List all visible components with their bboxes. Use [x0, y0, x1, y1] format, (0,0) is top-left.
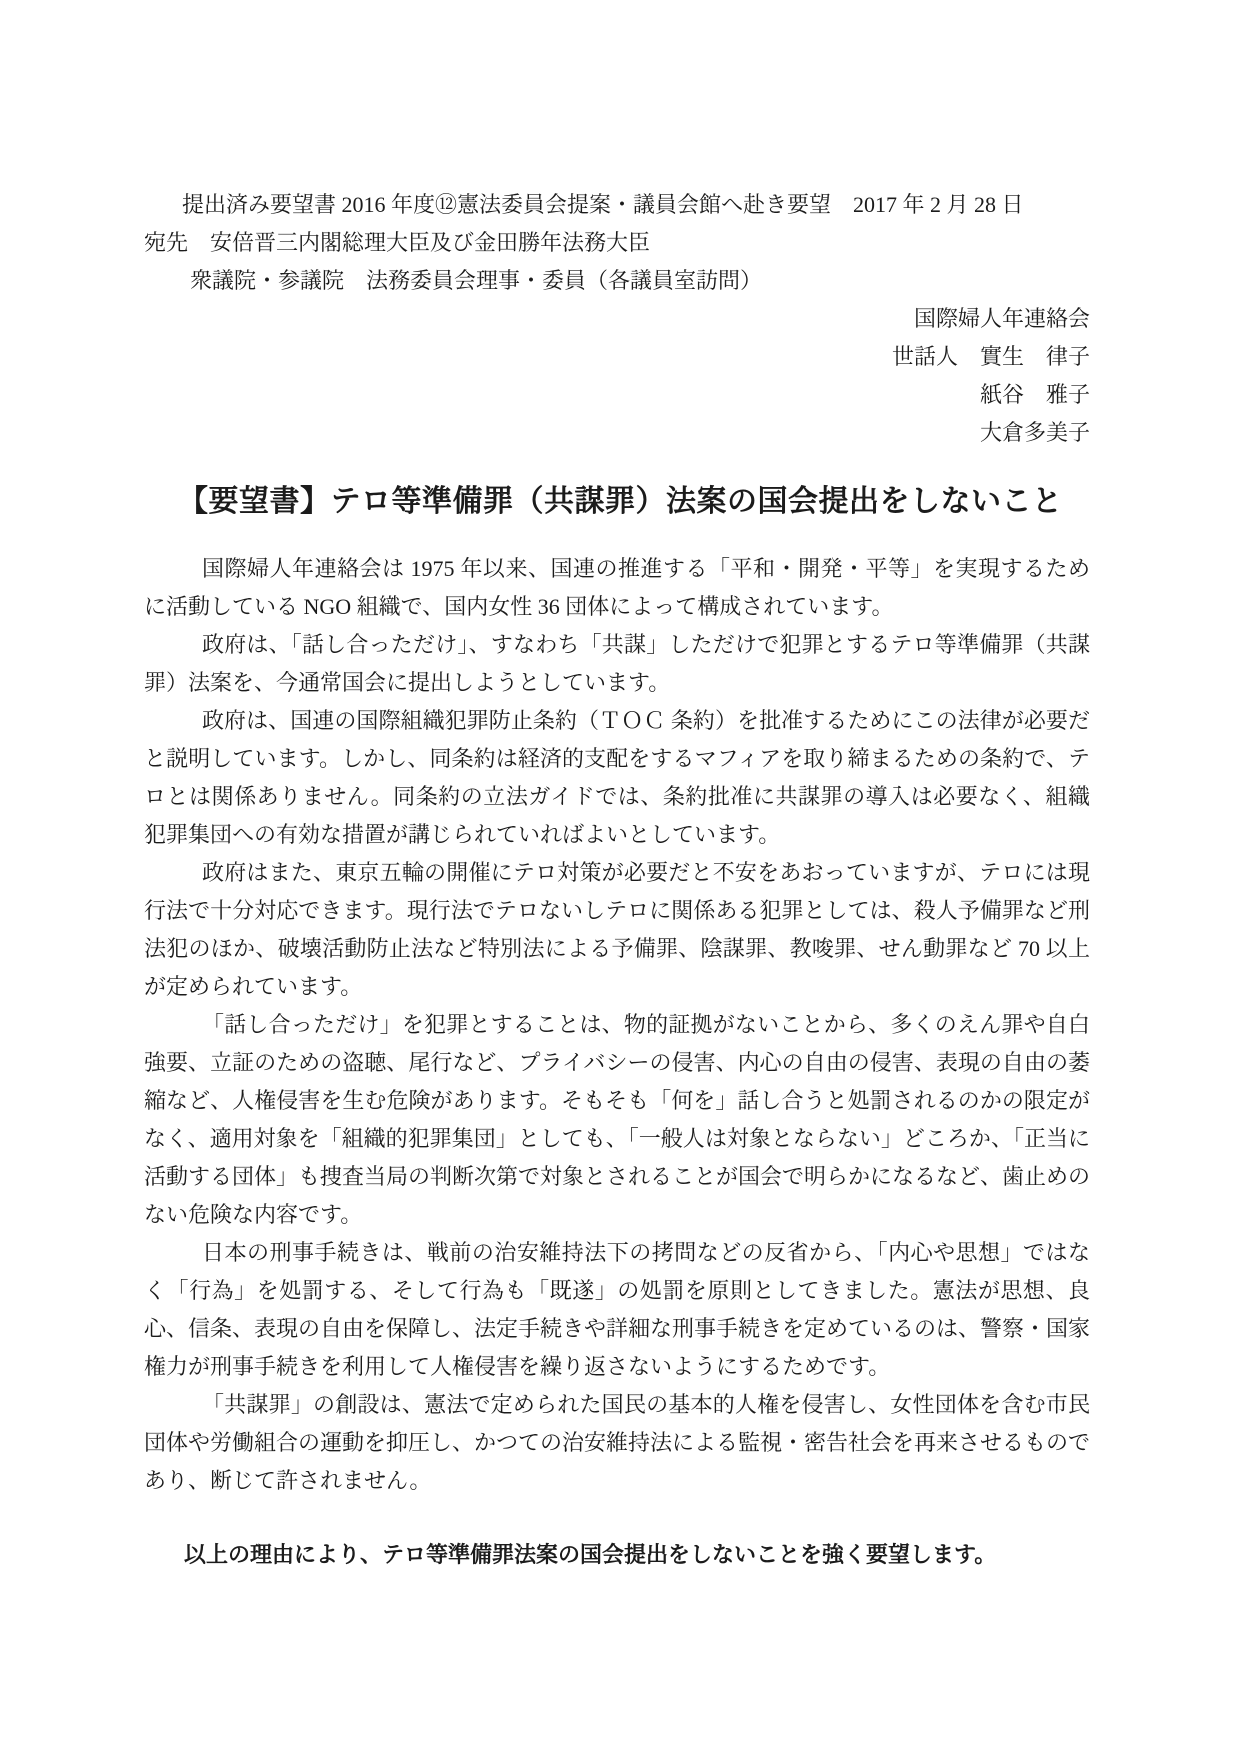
closing-statement: 以上の理由により、テロ等準備罪法案の国会提出をしないことを強く要望します。: [144, 1536, 1090, 1574]
document-body: 国際婦人年連絡会は 1975 年以来、国連の推進する「平和・開発・平等」を実現す…: [144, 550, 1090, 1500]
body-paragraph: 日本の刑事手続きは、戦前の治安維持法下の拷問などの反省から、「内心や思想」ではな…: [144, 1234, 1090, 1386]
body-paragraph: 国際婦人年連絡会は 1975 年以来、国連の推進する「平和・開発・平等」を実現す…: [144, 550, 1090, 626]
header-addressee-line: 宛先 安倍晋三内閣総理大臣及び金田勝年法務大臣: [144, 224, 1090, 262]
body-paragraph: 政府は、国連の国際組織犯罪防止条約（ＴＯＣ 条約）を批准するためにこの法律が必要…: [144, 702, 1090, 854]
document-page: 提出済み要望書 2016 年度⑫憲法委員会提案・議員会館へ赴き要望 2017 年…: [0, 0, 1240, 1754]
signature-organization: 国際婦人年連絡会: [144, 300, 1090, 338]
body-paragraph: 政府はまた、東京五輪の開催にテロ対策が必要だと不安をあおっていますが、テロには現…: [144, 854, 1090, 1006]
body-paragraph: 政府は、「話し合っただけ」、すなわち「共謀」しただけで犯罪とするテロ等準備罪（共…: [144, 626, 1090, 702]
document-header: 提出済み要望書 2016 年度⑫憲法委員会提案・議員会館へ赴き要望 2017 年…: [144, 186, 1090, 300]
document-title: 【要望書】テロ等準備罪（共謀罪）法案の国会提出をしないこと: [144, 482, 1090, 522]
body-paragraph: 「話し合っただけ」を犯罪とすることは、物的証拠がないことから、多くのえん罪や自白…: [144, 1006, 1090, 1234]
header-submission-line: 提出済み要望書 2016 年度⑫憲法委員会提案・議員会館へ赴き要望 2017 年…: [144, 186, 1090, 224]
signature-member: 紙谷 雅子: [144, 376, 1090, 414]
signature-member: 世話人 實生 律子: [144, 338, 1090, 376]
body-paragraph: 「共謀罪」の創設は、憲法で定められた国民の基本的人権を侵害し、女性団体を含む市民…: [144, 1386, 1090, 1500]
signature-block: 国際婦人年連絡会 世話人 實生 律子 紙谷 雅子 大倉多美子: [144, 300, 1090, 452]
signature-member: 大倉多美子: [144, 414, 1090, 452]
header-committee-line: 衆議院・参議院 法務委員会理事・委員（各議員室訪問）: [144, 262, 1090, 300]
